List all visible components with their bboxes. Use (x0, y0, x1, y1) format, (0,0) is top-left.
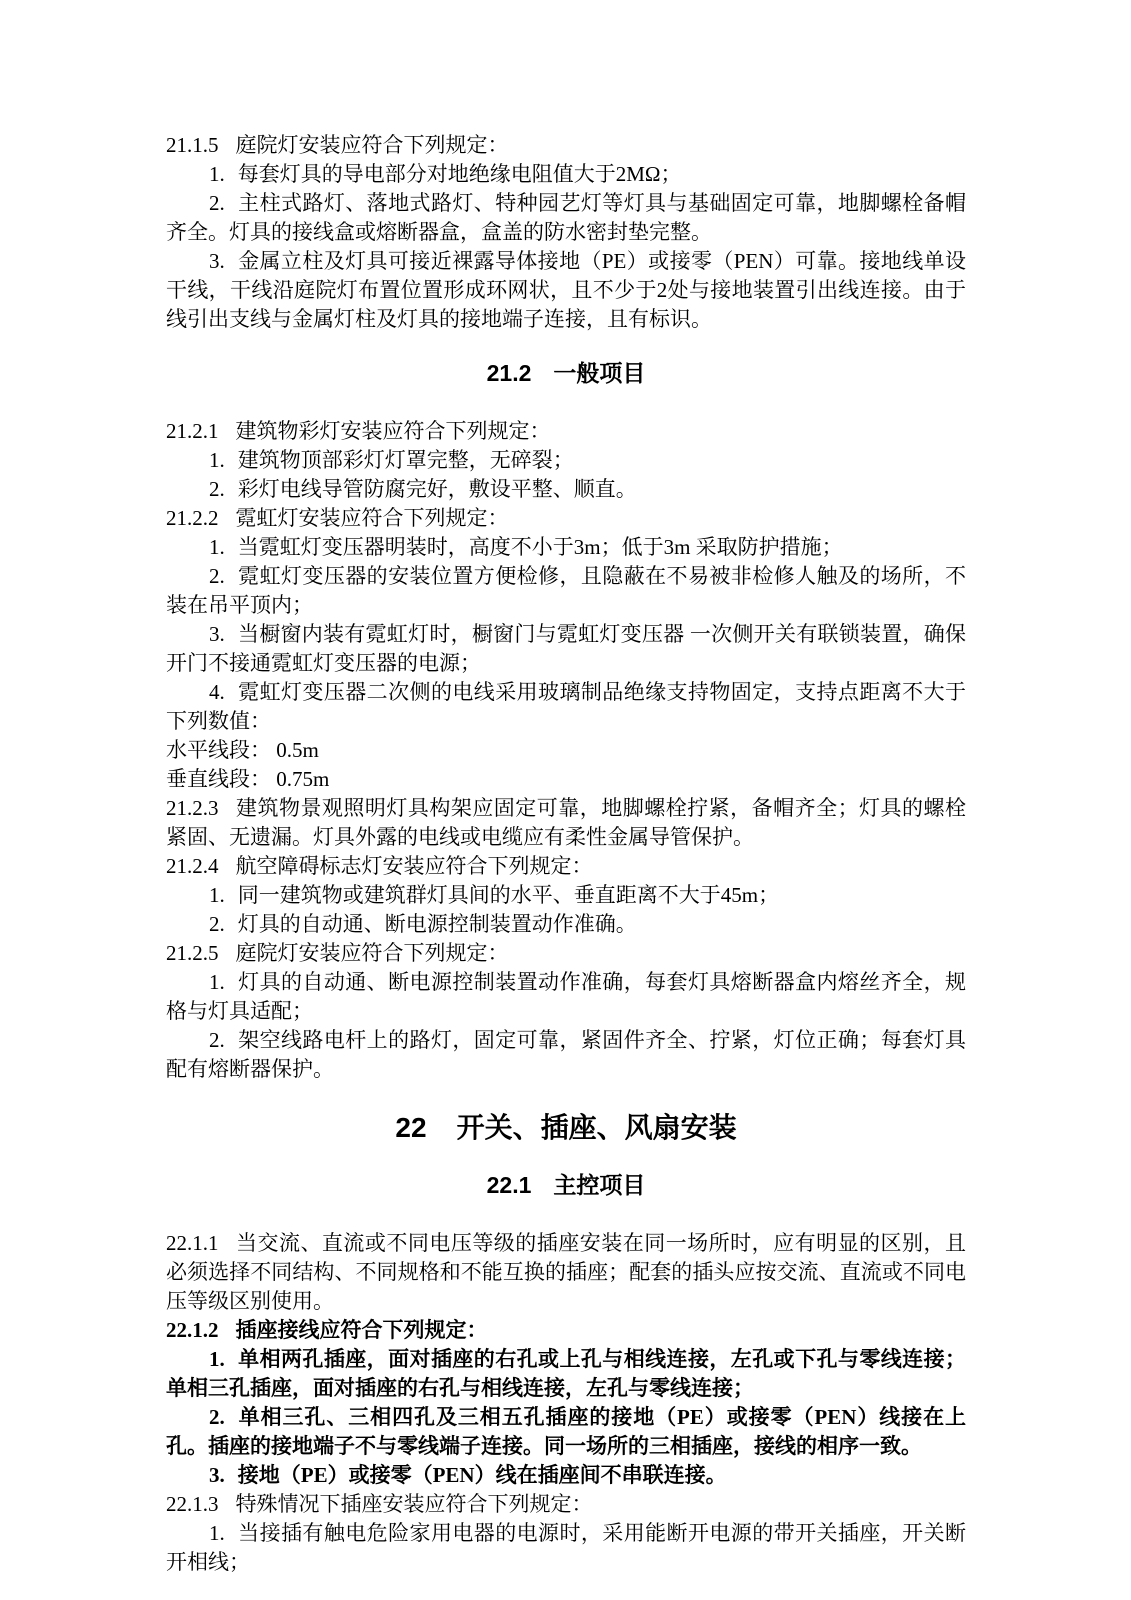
list-item-1: 1.当接插有触电危险家用电器的电源时，采用能断开电源的带开关插座，开关断开相线； (166, 1519, 966, 1577)
paragraph-number: 22 (395, 1112, 456, 1143)
paragraph-number: 21.2 (487, 360, 554, 386)
paragraph-number: 1. (209, 970, 238, 994)
clause-paragraph-21.2.1: 21.2.1建筑物彩灯安装应符合下列规定： (166, 417, 966, 446)
clause-paragraph-22.1.3: 22.1.3特殊情况下插座安装应符合下列规定： (166, 1490, 966, 1519)
list-item-1: 1.当霓虹灯变压器明装时，高度不小于3m；低于3m 采取防护措施； (166, 533, 966, 562)
paragraph-number: 1. (209, 162, 238, 186)
paragraph-number: 3. (209, 249, 238, 273)
clause-paragraph-21.1.5: 21.1.5庭院灯安装应符合下列规定： (166, 131, 966, 160)
paragraph-number: 21.2.1 (166, 419, 236, 443)
paragraph-number: 4. (209, 680, 238, 704)
paragraph-number: 22.1.2 (166, 1318, 236, 1342)
list-item-4: 4.霓虹灯变压器二次侧的电线采用玻璃制品绝缘支持物固定，支持点距离不大于下列数值… (166, 678, 966, 736)
list-item-1: 1.同一建筑物或建筑群灯具间的水平、垂直距离不大于45m； (166, 881, 966, 910)
clause-paragraph-21.2.4: 21.2.4航空障碍标志灯安装应符合下列规定： (166, 852, 966, 881)
clause-paragraph-22.1.2: 22.1.2插座接线应符合下列规定： (166, 1316, 966, 1345)
list-item-2: 2.架空线路电杆上的路灯，固定可靠，紧固件齐全、拧紧，灯位正确；每套灯具配有熔断… (166, 1026, 966, 1084)
list-item-2: 2.主柱式路灯、落地式路灯、特种园艺灯等灯具与基础固定可靠，地脚螺栓备帽齐全。灯… (166, 189, 966, 247)
list-item-2: 2.彩灯电线导管防腐完好，敷设平整、顺直。 (166, 475, 966, 504)
list-item-3: 3.金属立柱及灯具可接近裸露导体接地（PE）或接零（PEN）可靠。接地线单设干线… (166, 247, 966, 334)
paragraph-number: 1. (209, 448, 238, 472)
chapter-heading-22: 22开关、插座、风扇安装 (166, 1110, 966, 1146)
paragraph-number: 1. (209, 1521, 238, 1545)
document-page: 21.1.5庭院灯安装应符合下列规定：1.每套灯具的导电部分对地绝缘电阻值大于2… (0, 0, 1131, 1600)
value-line-13: 水平线段： 0.5m (166, 736, 966, 765)
section-heading-22.1: 22.1主控项目 (166, 1170, 966, 1201)
list-item-1: 1.灯具的自动通、断电源控制装置动作准确，每套灯具熔断器盒内熔丝齐全，规格与灯具… (166, 968, 966, 1026)
list-item-1: 1.建筑物顶部彩灯灯罩完整，无碎裂； (166, 446, 966, 475)
section-heading-21.2: 21.2一般项目 (166, 358, 966, 389)
paragraph-number: 21.2.4 (166, 854, 236, 878)
paragraph-number: 22.1.3 (166, 1492, 236, 1516)
paragraph-number: 1. (209, 883, 238, 907)
value-line-14: 垂直线段： 0.75m (166, 765, 966, 794)
paragraph-number: 2. (209, 477, 238, 501)
list-item-1: 1.每套灯具的导电部分对地绝缘电阻值大于2MΩ； (166, 160, 966, 189)
list-item-3: 3.当橱窗内装有霓虹灯时，橱窗门与霓虹灯变压器 一次侧开关有联锁装置，确保开门不… (166, 620, 966, 678)
paragraph-number: 2. (209, 1405, 238, 1429)
paragraph-number: 3. (209, 1463, 238, 1487)
clause-paragraph-22.1.1: 22.1.1当交流、直流或不同电压等级的插座安装在同一场所时，应有明显的区别，且… (166, 1229, 966, 1316)
clause-paragraph-21.2.5: 21.2.5庭院灯安装应符合下列规定： (166, 939, 966, 968)
document-body: 21.1.5庭院灯安装应符合下列规定：1.每套灯具的导电部分对地绝缘电阻值大于2… (166, 131, 966, 1577)
list-item-2: 2.单相三孔、三相四孔及三相五孔插座的接地（PE）或接零（PEN）线接在上孔。插… (166, 1403, 966, 1461)
paragraph-number: 21.2.2 (166, 506, 236, 530)
list-item-2: 2.霓虹灯变压器的安装位置方便检修，且隐蔽在不易被非检修人触及的场所，不装在吊平… (166, 562, 966, 620)
paragraph-number: 3. (209, 622, 238, 646)
paragraph-number: 21.1.5 (166, 133, 236, 157)
paragraph-number: 2. (209, 912, 238, 936)
list-item-2: 2.灯具的自动通、断电源控制装置动作准确。 (166, 910, 966, 939)
clause-paragraph-21.2.3: 21.2.3建筑物景观照明灯具构架应固定可靠，地脚螺栓拧紧，备帽齐全；灯具的螺栓… (166, 794, 966, 852)
list-item-3: 3.接地（PE）或接零（PEN）线在插座间不串联连接。 (166, 1461, 966, 1490)
list-item-1: 1.单相两孔插座，面对插座的右孔或上孔与相线连接，左孔或下孔与零线连接；单相三孔… (166, 1345, 966, 1403)
paragraph-number: 1. (209, 1347, 238, 1371)
clause-paragraph-21.2.2: 21.2.2霓虹灯安装应符合下列规定： (166, 504, 966, 533)
paragraph-number: 2. (209, 191, 238, 215)
paragraph-number: 21.2.5 (166, 941, 236, 965)
paragraph-number: 22.1 (487, 1172, 554, 1198)
paragraph-number: 2. (209, 564, 238, 588)
paragraph-number: 2. (209, 1028, 238, 1052)
paragraph-number: 1. (209, 535, 238, 559)
paragraph-number: 21.2.3 (166, 796, 236, 820)
paragraph-number: 22.1.1 (166, 1231, 236, 1255)
